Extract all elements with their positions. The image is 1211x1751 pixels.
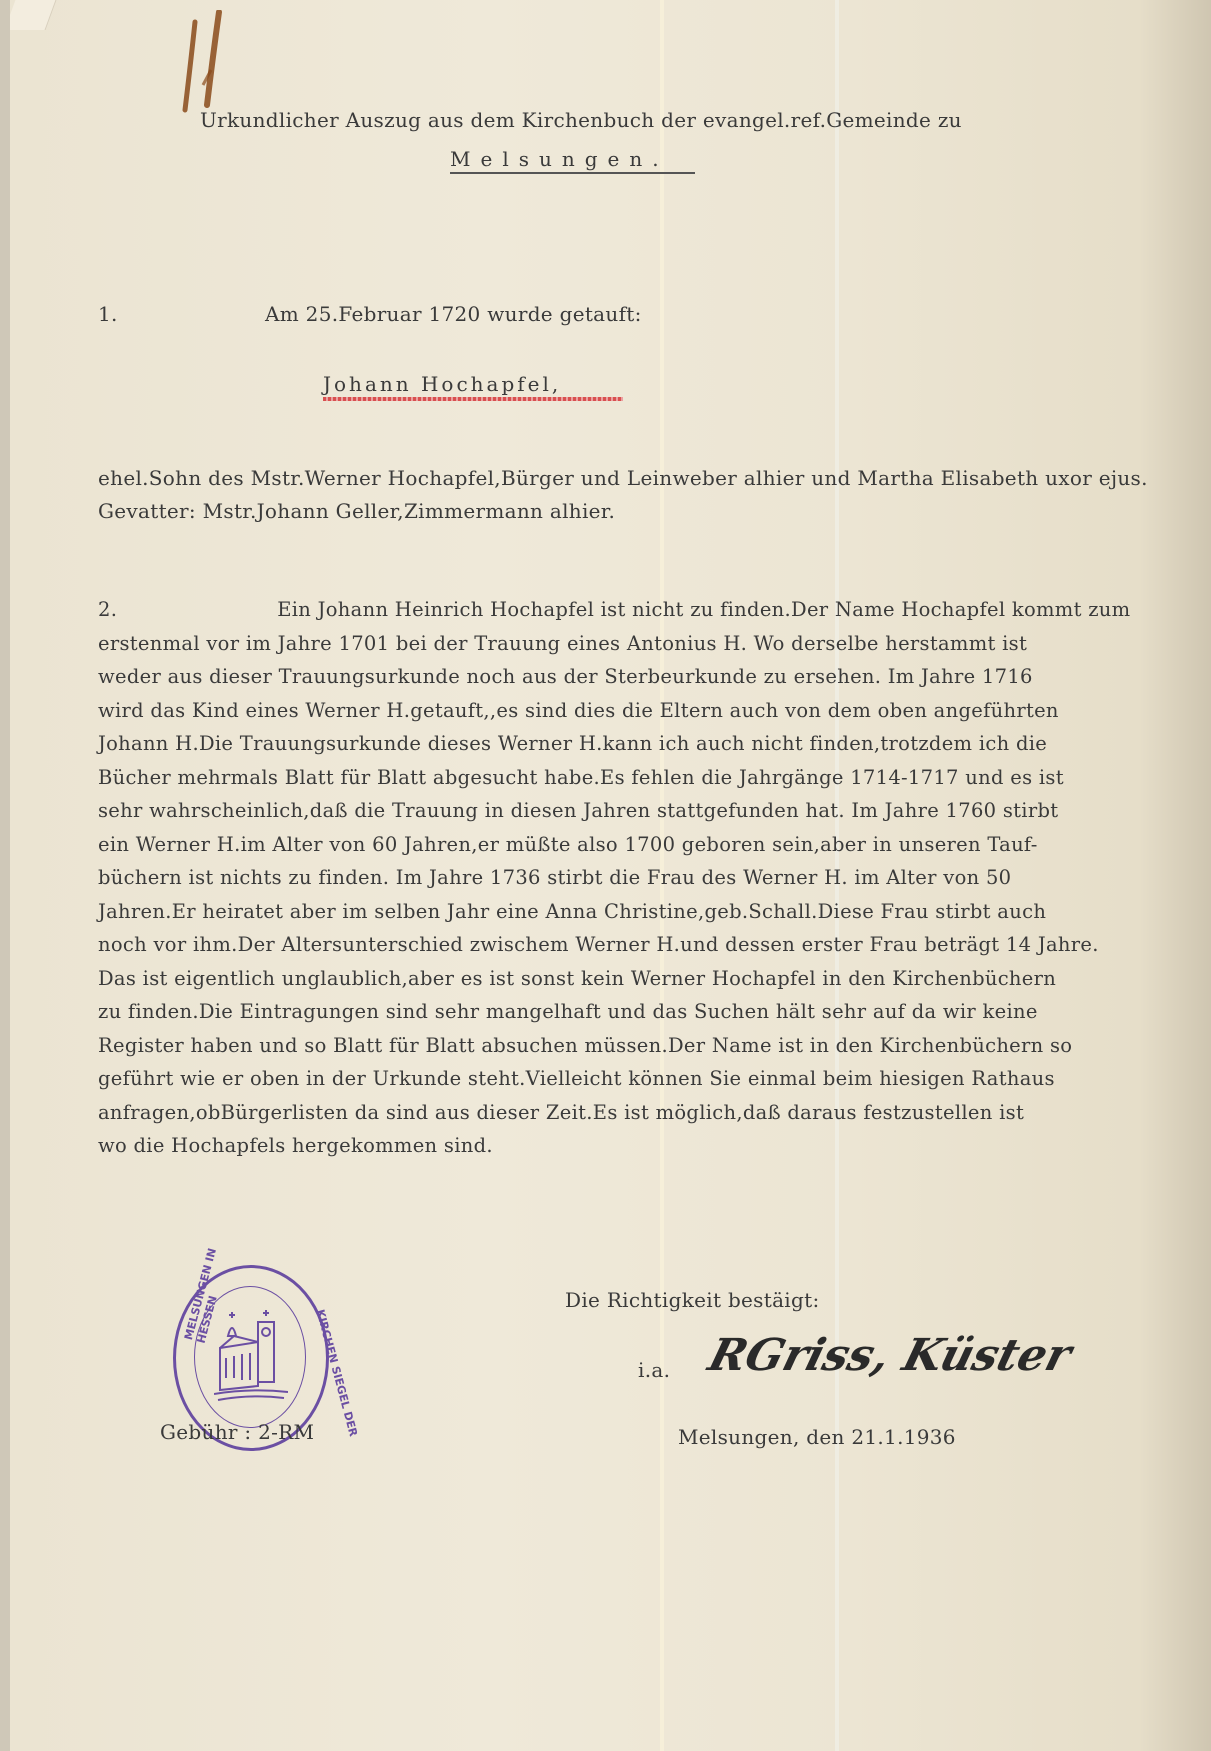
entry-2-line: büchern ist nichts zu finden. Im Jahre 1… <box>98 861 1198 895</box>
handwritten-signature: RGriss, Küster <box>703 1330 1076 1381</box>
entry-2-line: noch vor ihm.Der Altersunterschied zwisc… <box>98 928 1198 962</box>
document-title: Urkundlicher Auszug aus dem Kirchenbuch … <box>200 108 962 132</box>
entry-2-line: Register haben und so Blatt für Blatt ab… <box>98 1029 1198 1063</box>
confirmation-text: Die Richtigkeit bestäigt: <box>565 1288 819 1312</box>
entry-1-date-line: Am 25.Februar 1720 wurde getauft: <box>265 302 642 326</box>
place-underline <box>450 172 695 174</box>
entry-2-number: 2. <box>98 598 117 621</box>
entry-2-line: Johann H.Die Trauungsurkunde dieses Wern… <box>98 727 1198 761</box>
entry-1-number: 1. <box>98 302 118 326</box>
entry-2-line: geführt wie er oben in der Urkunde steht… <box>98 1062 1198 1096</box>
entry-2-line: zu finden.Die Eintragungen sind sehr man… <box>98 995 1198 1029</box>
entry-1-details: ehel.Sohn des Mstr.Werner Hochapfel,Bürg… <box>98 462 1148 528</box>
church-building-icon <box>214 1308 288 1403</box>
entry-1-name: Johann Hochapfel, <box>323 372 561 396</box>
entry-2-line: wo die Hochapfels hergekommen sind. <box>98 1129 1198 1163</box>
folded-corner <box>10 0 56 30</box>
entry-2-line: anfragen,obBürgerlisten da sind aus dies… <box>98 1096 1198 1130</box>
entry-2-line: sehr wahrscheinlich,daß die Trauung in d… <box>98 794 1198 828</box>
seal-text-right: KIRCHEN SIEGEL DER <box>313 1308 362 1447</box>
fee-label: Gebühr : 2-RM <box>160 1420 314 1444</box>
entry-2-line: erstenmal vor im Jahre 1701 bei der Trau… <box>98 627 1198 661</box>
name-red-underline <box>323 397 623 401</box>
entry-2-line: Bücher mehrmals Blatt für Blatt abgesuch… <box>98 761 1198 795</box>
entry-2-line: weder aus dieser Trauungsurkunde noch au… <box>98 660 1198 694</box>
entry-2-line: wird das Kind eines Werner H.getauft,,es… <box>98 694 1198 728</box>
signature-prefix: i.a. <box>638 1358 670 1382</box>
entry-2-paragraph: 2.Ein Johann Heinrich Hochapfel ist nich… <box>98 593 1198 1163</box>
document-page: Urkundlicher Auszug aus dem Kirchenbuch … <box>10 0 1211 1751</box>
parish-place: Melsungen. <box>450 147 669 171</box>
entry-2-line: 2.Ein Johann Heinrich Hochapfel ist nich… <box>98 593 1198 627</box>
place-and-date: Melsungen, den 21.1.1936 <box>678 1425 956 1449</box>
entry-2-line: Das ist eigentlich unglaublich,aber es i… <box>98 962 1198 996</box>
entry-2-line: ein Werner H.im Alter von 60 Jahren,er m… <box>98 828 1198 862</box>
entry-2-line: Jahren.Er heiratet aber im selben Jahr e… <box>98 895 1198 929</box>
